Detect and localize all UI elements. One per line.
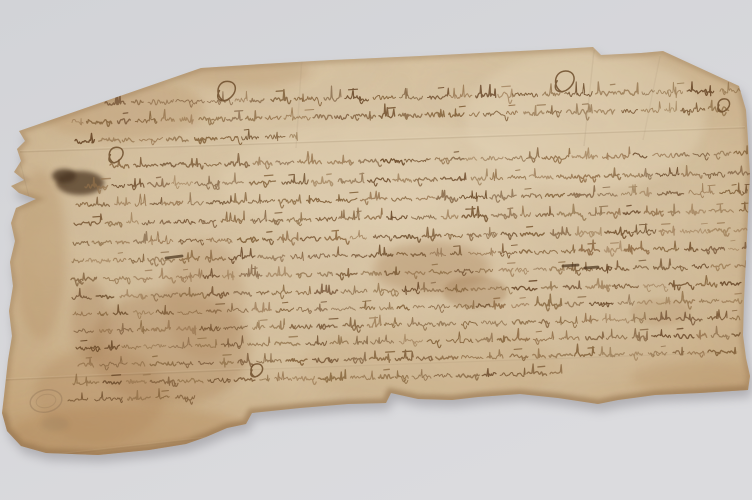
stain (52, 169, 76, 183)
scene-svg (0, 0, 752, 500)
stain (443, 276, 507, 308)
manuscript-photo (0, 0, 752, 500)
heavy-ink-mark (585, 267, 598, 268)
stain (630, 299, 690, 325)
heavy-ink-mark (563, 265, 578, 266)
seal-smudge (41, 417, 69, 431)
heavy-ink-mark (166, 256, 182, 258)
